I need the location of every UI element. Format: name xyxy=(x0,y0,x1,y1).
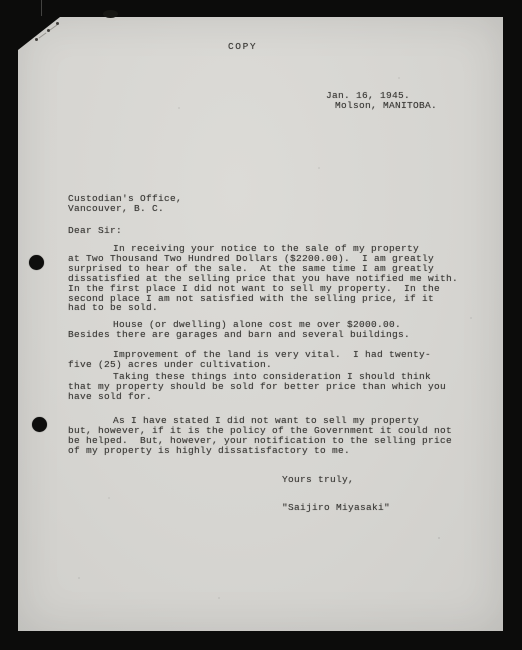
hole-punch-mark xyxy=(29,255,44,270)
ink-smudge xyxy=(103,10,118,18)
closing: Yours truly, xyxy=(282,475,354,485)
copy-stamp: COPY xyxy=(228,42,257,52)
letter-line: Besides there are garages and barn and s… xyxy=(68,330,410,340)
paragraph-1: In receiving your notice to the sale of … xyxy=(68,244,458,313)
recipient-line: Vancouver, B. C. xyxy=(68,204,182,214)
paragraph-5: As I have stated I did not want to sell … xyxy=(68,416,452,456)
staple-mark xyxy=(50,24,58,30)
letter-page: COPY Jan. 16, 1945. Molson, MANITOBA. Cu… xyxy=(18,17,503,631)
letter-line: five (25) acres under cultivation. xyxy=(68,360,431,370)
scratch-mark xyxy=(41,0,42,16)
letter-line: of my property is highly dissatisfactory… xyxy=(68,446,452,456)
date-block: Jan. 16, 1945. Molson, MANITOBA. xyxy=(326,91,437,111)
staple-mark xyxy=(35,38,38,41)
paragraph-3: Improvement of the land is very vital. I… xyxy=(68,350,431,370)
location-line: Molson, MANITOBA. xyxy=(326,101,437,111)
staple-mark xyxy=(39,32,47,38)
letter-line: had to be sold. xyxy=(68,303,458,313)
recipient-address: Custodian's Office, Vancouver, B. C. xyxy=(68,194,182,214)
paragraph-2: House (or dwelling) alone cost me over $… xyxy=(68,320,410,340)
signature: "Saijiro Miyasaki" xyxy=(282,503,390,513)
scanned-letter-background: COPY Jan. 16, 1945. Molson, MANITOBA. Cu… xyxy=(0,0,522,650)
salutation: Dear Sir: xyxy=(68,226,122,236)
letter-line: have sold for. xyxy=(68,392,446,402)
hole-punch-mark xyxy=(32,417,47,432)
paper-speckles xyxy=(18,17,20,19)
paragraph-4: Taking these things into consideration I… xyxy=(68,372,446,402)
